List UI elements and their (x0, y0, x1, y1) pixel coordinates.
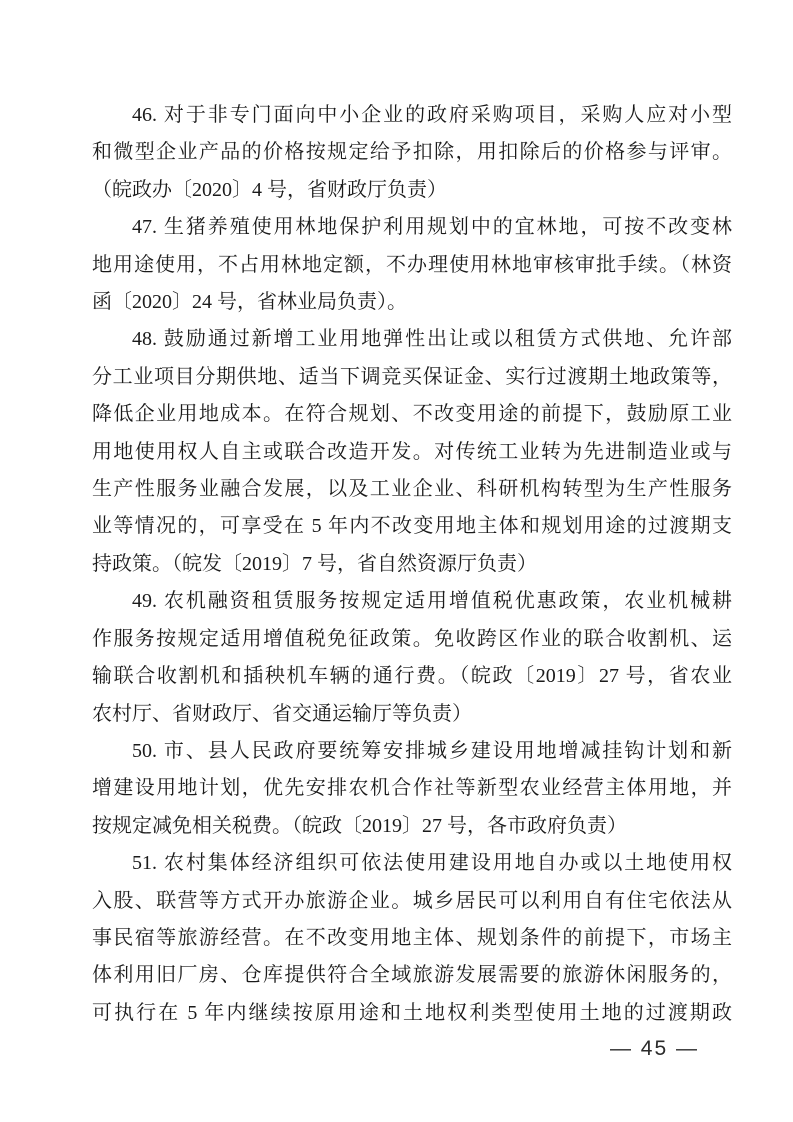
paragraph-46: 46. 对于非专门面向中小企业的政府采购项目，采购人应对小型 和微型企业产品的价… (92, 97, 732, 209)
text-line: 函〔2020〕24 号，省林业局负责）。 (92, 284, 732, 321)
paragraph-47: 47. 生猪养殖使用林地保护利用规划中的宜林地，可按不改变林 地用途使用，不占用… (92, 209, 732, 321)
text-line: 体利用旧厂房、仓库提供符合全域旅游发展需要的旅游休闲服务的， (92, 957, 732, 994)
text-line: 46. 对于非专门面向中小企业的政府采购项目，采购人应对小型 (92, 97, 732, 134)
text-line: 49. 农机融资租赁服务按规定适用增值税优惠政策，农业机械耕 (92, 583, 732, 620)
paragraph-51: 51. 农村集体经济组织可依法使用建设用地自办或以土地使用权 入股、联营等方式开… (92, 845, 732, 1032)
paragraph-49: 49. 农机融资租赁服务按规定适用增值税优惠政策，农业机械耕 作服务按规定适用增… (92, 583, 732, 733)
text-line: 农村厅、省财政厅、省交通运输厅等负责） (92, 696, 732, 733)
text-line: 降低企业用地成本。在符合规划、不改变用途的前提下，鼓励原工业 (92, 396, 732, 433)
text-line: 用地使用权人自主或联合改造开发。对传统工业转为先进制造业或与 (92, 434, 732, 471)
text-line: 可执行在 5 年内继续按原用途和土地权利类型使用土地的过渡期政 (92, 995, 732, 1032)
text-line: 事民宿等旅游经营。在不改变用地主体、规划条件的前提下，市场主 (92, 920, 732, 957)
text-line: 地用途使用，不占用林地定额，不办理使用林地审核审批手续。（林资 (92, 247, 732, 284)
text-line: 输联合收割机和插秧机车辆的通行费。（皖政〔2019〕27 号，省农业 (92, 658, 732, 695)
text-line: 48. 鼓励通过新增工业用地弹性出让或以租赁方式供地、允许部 (92, 321, 732, 358)
paragraph-50: 50. 市、县人民政府要统筹安排城乡建设用地增减挂钩计划和新 增建设用地计划，优… (92, 733, 732, 845)
text-line: （皖政办〔2020〕4 号，省财政厅负责） (92, 172, 732, 209)
text-line: 增建设用地计划，优先安排农机合作社等新型农业经营主体用地，并 (92, 770, 732, 807)
document-page: 46. 对于非专门面向中小企业的政府采购项目，采购人应对小型 和微型企业产品的价… (0, 0, 793, 1122)
text-line: 47. 生猪养殖使用林地保护利用规划中的宜林地，可按不改变林 (92, 209, 732, 246)
text-line: 按规定减免相关税费。（皖政〔2019〕27 号，各市政府负责） (92, 808, 732, 845)
text-line: 和微型企业产品的价格按规定给予扣除，用扣除后的价格参与评审。 (92, 134, 732, 171)
text-line: 持政策。（皖发〔2019〕7 号，省自然资源厅负责） (92, 546, 732, 583)
text-line: 分工业项目分期供地、适当下调竞买保证金、实行过渡期土地政策等， (92, 359, 732, 396)
text-line: 生产性服务业融合发展，以及工业企业、科研机构转型为生产性服务 (92, 471, 732, 508)
page-number: — 45 — (610, 1037, 699, 1061)
text-line: 入股、联营等方式开办旅游企业。城乡居民可以利用自有住宅依法从 (92, 883, 732, 920)
text-line: 50. 市、县人民政府要统筹安排城乡建设用地增减挂钩计划和新 (92, 733, 732, 770)
text-line: 作服务按规定适用增值税免征政策。免收跨区作业的联合收割机、运 (92, 621, 732, 658)
paragraph-48: 48. 鼓励通过新增工业用地弹性出让或以租赁方式供地、允许部 分工业项目分期供地… (92, 321, 732, 583)
text-line: 业等情况的，可享受在 5 年内不改变用地主体和规划用途的过渡期支 (92, 508, 732, 545)
document-body: 46. 对于非专门面向中小企业的政府采购项目，采购人应对小型 和微型企业产品的价… (92, 97, 732, 1032)
text-line: 51. 农村集体经济组织可依法使用建设用地自办或以土地使用权 (92, 845, 732, 882)
